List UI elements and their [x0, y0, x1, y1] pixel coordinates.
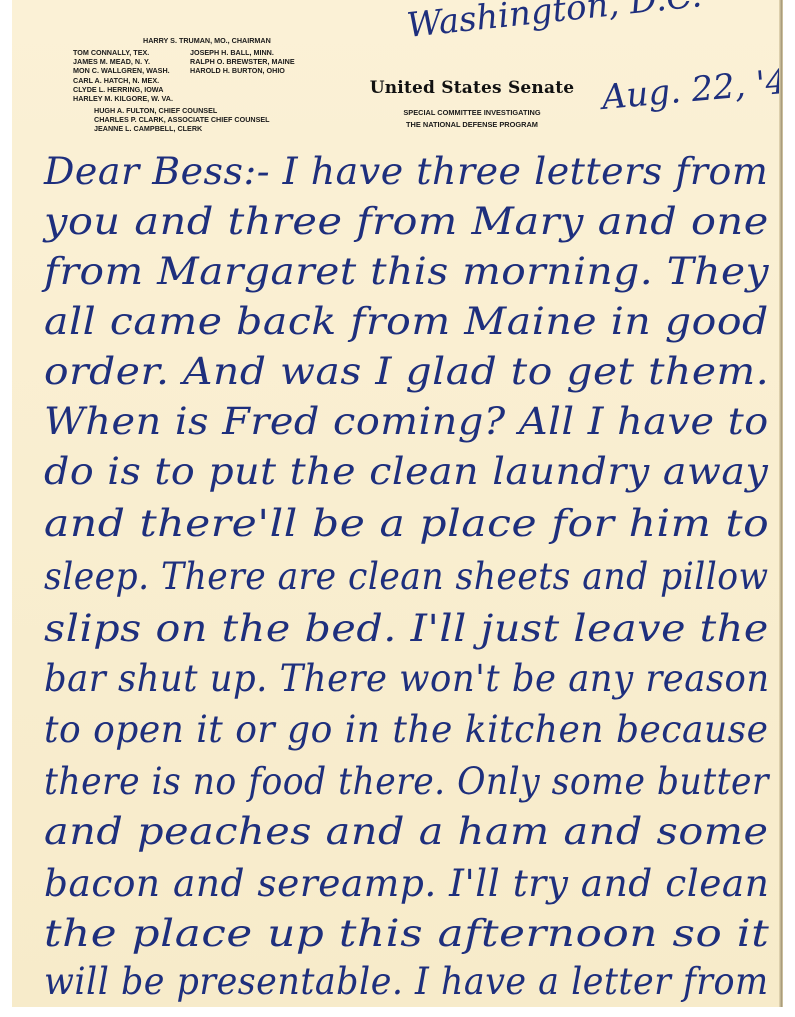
- handwritten-date: Aug. 22, '42.: [600, 59, 782, 118]
- handwritten-place: Washington, D.C.: [405, 0, 704, 46]
- letter-page: HARRY S. TRUMAN, MO., CHAIRMAN TOM CONNA…: [12, 0, 782, 1007]
- handwritten-line: order. And was I glad to get them.: [44, 350, 769, 393]
- handwritten-line: bacon and sereamp. I'll try and clean: [44, 862, 769, 905]
- letterhead-title: United States Senate: [352, 78, 592, 98]
- handwritten-line: Dear Bess:- I have three letters from: [44, 150, 768, 193]
- handwritten-line: will be presentable. I have a letter fro…: [44, 960, 769, 1003]
- staff-name: JEANNE L. CAMPBELL, CLERK: [94, 124, 270, 133]
- member-name: CARL A. HATCH, N. MEX.: [73, 76, 173, 85]
- member-name: HAROLD H. BURTON, OHIO: [190, 66, 295, 75]
- staff-name: HUGH A. FULTON, CHIEF COUNSEL: [94, 106, 270, 115]
- member-name: JOSEPH H. BALL, MINN.: [190, 48, 295, 57]
- handwritten-line: from Margaret this morning. They: [44, 250, 769, 293]
- letterhead-committee: SPECIAL COMMITTEE INVESTIGATING THE NATI…: [352, 107, 592, 131]
- staff-name: CHARLES P. CLARK, ASSOCIATE CHIEF COUNSE…: [94, 115, 270, 124]
- member-name: RALPH O. BREWSTER, MAINE: [190, 57, 295, 66]
- letterhead-staff: HUGH A. FULTON, CHIEF COUNSEL CHARLES P.…: [94, 106, 270, 134]
- member-name: JAMES M. MEAD, N. Y.: [73, 57, 173, 66]
- committee-line: SPECIAL COMMITTEE INVESTIGATING: [352, 107, 592, 119]
- handwritten-line: to open it or go in the kitchen because: [44, 708, 768, 751]
- committee-line: THE NATIONAL DEFENSE PROGRAM: [352, 119, 592, 131]
- member-name: MON C. WALLGREN, WASH.: [73, 66, 173, 75]
- handwritten-line: and peaches and a ham and some: [44, 810, 769, 853]
- letterhead-chairman: HARRY S. TRUMAN, MO., CHAIRMAN: [143, 36, 271, 45]
- handwritten-line: you and three from Mary and one: [44, 200, 769, 243]
- letterhead-members-right: JOSEPH H. BALL, MINN. RALPH O. BREWSTER,…: [190, 48, 295, 76]
- handwritten-line: the place up this afternoon so it: [44, 912, 769, 955]
- handwritten-line: slips on the bed. I'll just leave the: [44, 607, 769, 650]
- member-name: CLYDE L. HERRING, IOWA: [73, 85, 173, 94]
- handwritten-line: there is no food there. Only some butter: [44, 760, 769, 803]
- member-name: HARLEY M. KILGORE, W. VA.: [73, 94, 173, 103]
- handwritten-line: bar shut up. There won't be any reason: [44, 657, 770, 700]
- handwritten-line: When is Fred coming? All I have to: [44, 400, 769, 443]
- handwritten-line: and there'll be a place for him to: [44, 502, 769, 545]
- handwritten-line: sleep. There are clean sheets and pillow: [44, 555, 769, 598]
- member-name: TOM CONNALLY, TEX.: [73, 48, 173, 57]
- handwritten-line: all came back from Maine in good: [44, 300, 769, 343]
- handwritten-line: do is to put the clean laundry away: [44, 450, 768, 493]
- letterhead-members-left: TOM CONNALLY, TEX. JAMES M. MEAD, N. Y. …: [73, 48, 173, 103]
